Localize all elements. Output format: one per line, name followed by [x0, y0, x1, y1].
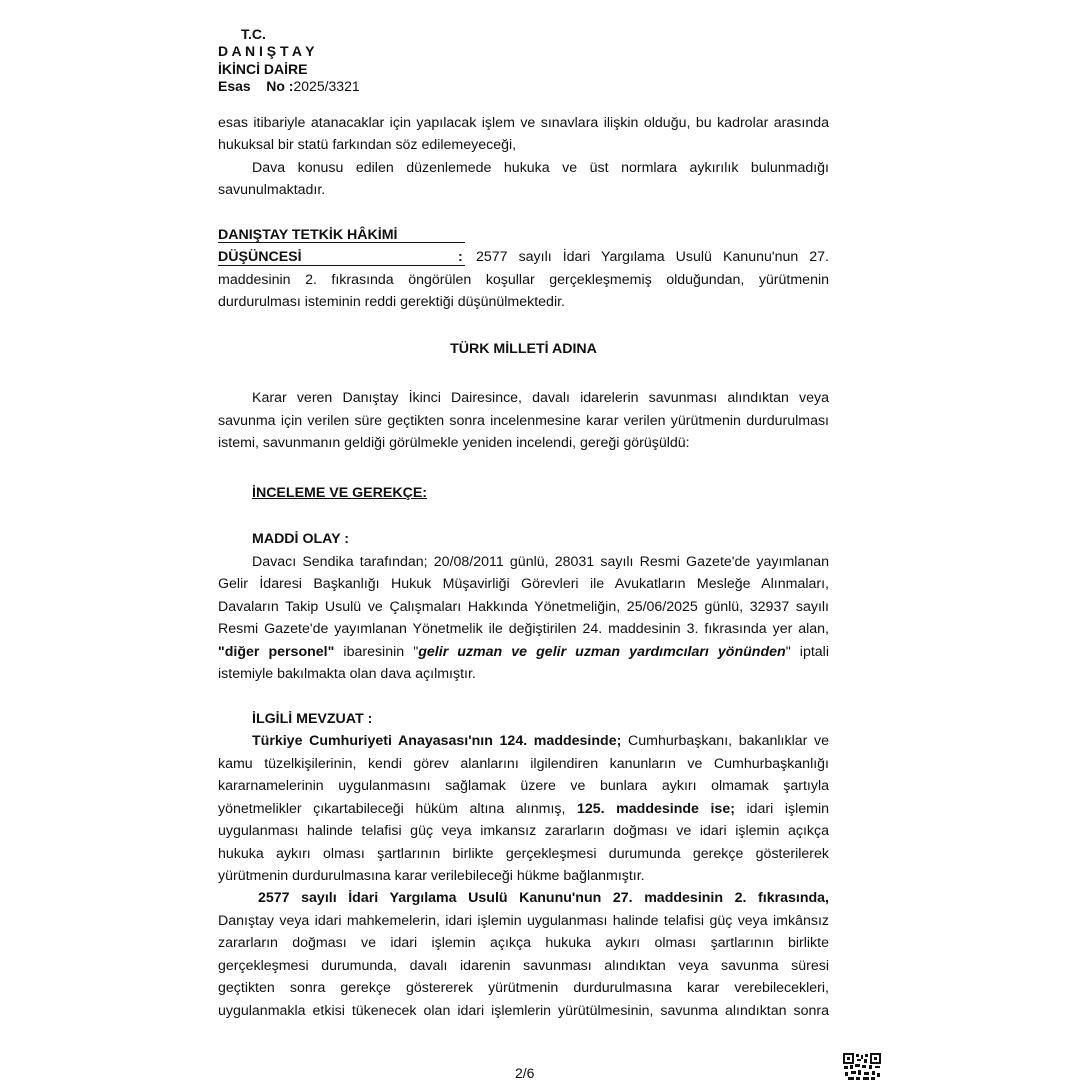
- mevzuat-line: geçtikten sonra gerekçe göstererek yürüt…: [218, 977, 829, 1000]
- decision-title: TÜRK MİLLETİ ADINA: [218, 338, 829, 361]
- esas-value: 2025/3321: [293, 78, 359, 94]
- page-number: 2/6: [515, 1065, 534, 1080]
- article-ref: 125. maddesinde ise;: [577, 801, 735, 817]
- para1-line: savunulmaktadır.: [218, 179, 829, 202]
- mevzuat-line: Danıştay veya idari mahkemelerin, idari …: [218, 910, 829, 933]
- tetkik-underline-2: [218, 265, 465, 266]
- para1-line: hukuksal bir statü farkından söz edileme…: [218, 134, 829, 157]
- tetkik-line: durdurulması isteminin reddi gerektiği d…: [218, 291, 829, 314]
- mevzuat-line: gerçekleşmesi durumunda, davalı idarenin…: [218, 955, 829, 978]
- tc-label: T.C.: [241, 26, 266, 43]
- maddi-olay-line: Resmi Gazete'de yayımlanan Yönetmelik il…: [218, 618, 829, 641]
- qr-code-icon: [843, 1053, 881, 1080]
- tetkik-underline-1: [218, 242, 465, 243]
- text-fragment: ibaresinin ": [334, 644, 418, 660]
- text-fragment: Cumhurbaşkanı, bakanlıklar ve: [621, 733, 829, 749]
- tetkik-colon: :: [458, 246, 463, 269]
- karar-line: istemi, savunmanın geldiği görülmekle ye…: [218, 432, 829, 455]
- maddi-olay-line: "diğer personel" ibaresinin "gelir uzman…: [218, 641, 829, 664]
- mevzuat-line: yönetmelikler çıkartabileceği hüküm altı…: [218, 798, 829, 821]
- tetkik-line: maddesinin 2. fıkrasında öngörülen koşul…: [218, 269, 829, 292]
- mevzuat-line: zararların doğması ve idari işlemin açık…: [218, 932, 829, 955]
- para1-line: Dava konusu edilen düzenlemede hukuka ve…: [218, 157, 829, 180]
- maddi-olay-line: Gelir İdaresi Başkanlığı Hukuk Müşavirli…: [218, 573, 829, 596]
- mevzuat-heading: İLGİLİ MEVZUAT :: [218, 708, 829, 731]
- inceleme-heading: İNCELEME VE GEREKÇE:: [218, 482, 829, 505]
- mevzuat-line: Türkiye Cumhuriyeti Anayasası'nın 124. m…: [218, 730, 829, 753]
- maddi-olay-line: Davaların Takip Usulü ve Çalışmaları Hak…: [218, 596, 829, 619]
- mevzuat-line: kararnamelerinin uygulanmasını sağlamak …: [218, 775, 829, 798]
- law-article-ref: 2577 sayılı İdari Yargılama Usulü Kanunu…: [218, 887, 829, 910]
- maddi-olay-heading: MADDİ OLAY :: [218, 528, 829, 551]
- text-fragment: " iptali: [786, 644, 829, 660]
- article-ref: Türkiye Cumhuriyeti Anayasası'nın 124. m…: [252, 733, 621, 749]
- court-name: D A N I Ş T A Y: [218, 43, 314, 60]
- mevzuat-line: yürütmenin durdurulmasına karar verilebi…: [218, 865, 829, 888]
- mevzuat-line: hukuka aykırı olması şartlarının birlikt…: [218, 843, 829, 866]
- esas-number: Esas No :2025/3321: [218, 78, 360, 95]
- mevzuat-line: uygulanması halinde telafisi güç veya im…: [218, 820, 829, 843]
- quoted-term: "diğer personel": [218, 644, 334, 660]
- karar-line: savunma için verilen süre geçtikten sonr…: [218, 410, 829, 433]
- maddi-olay-line: Davacı Sendika tarafından; 20/08/2011 gü…: [218, 551, 829, 574]
- text-fragment: idari işlemin: [735, 801, 829, 817]
- text-fragment: yönetmelikler çıkartabileceği hüküm altı…: [218, 801, 577, 817]
- chamber-name: İKİNCİ DAİRE: [218, 61, 307, 78]
- quoted-phrase: gelir uzman ve gelir uzman yardımcıları …: [418, 644, 785, 660]
- para1-line: esas itibariyle atanacaklar için yapılac…: [218, 112, 829, 135]
- maddi-olay-line: istemiyle bakılmakta olan dava açılmıştı…: [218, 663, 829, 686]
- mevzuat-line: kamu tüzelkişilerinin, kendi görev alanl…: [218, 753, 829, 776]
- esas-label: Esas No :: [218, 78, 293, 94]
- mevzuat-line: uygulanmakla etkisi tükenecek olan idari…: [218, 1000, 829, 1023]
- karar-line: Karar veren Danıştay İkinci Dairesince, …: [218, 387, 829, 410]
- tetkik-line: 2577 sayılı İdari Yargılama Usulü Kanunu…: [476, 246, 829, 269]
